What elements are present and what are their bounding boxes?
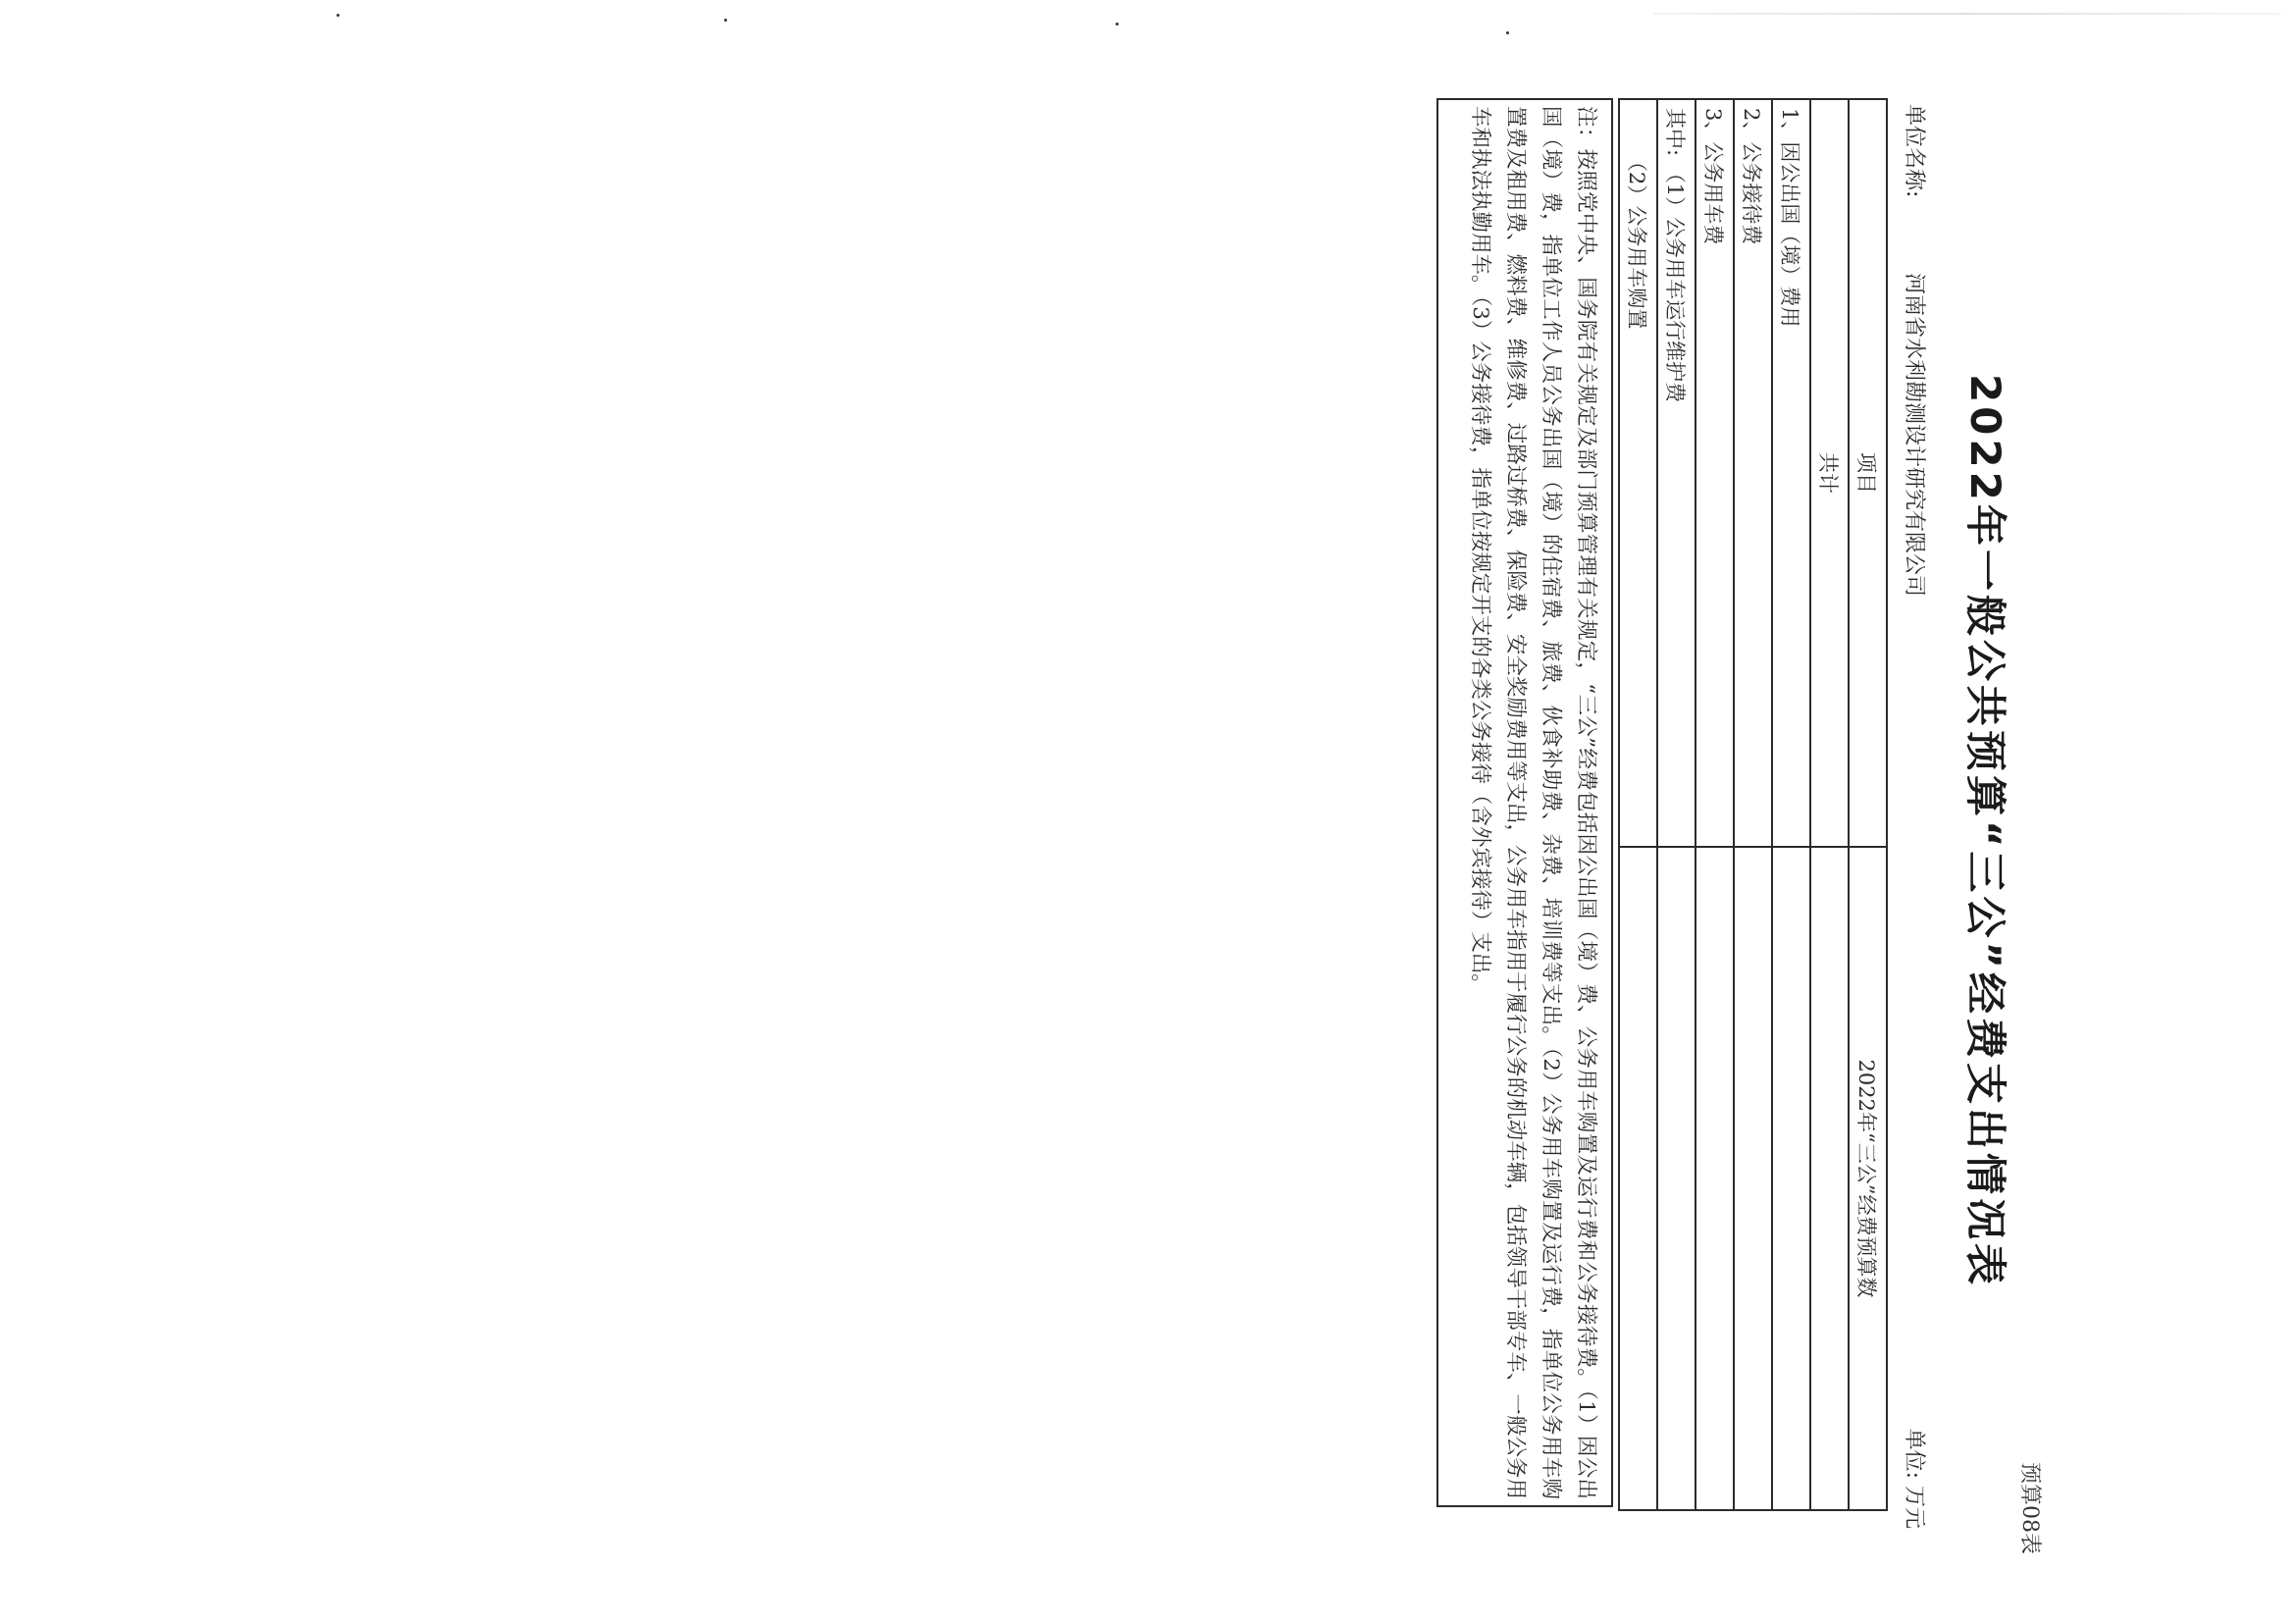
- row-item-label: 共计: [1810, 99, 1849, 847]
- scan-speck: [1116, 23, 1119, 26]
- scan-speck: [337, 14, 339, 17]
- table-row: 其中: （1）公务用车运行维护费: [1657, 99, 1696, 1510]
- scan-edge-shadow: [1653, 13, 2281, 15]
- row-item-label: 1、因公出国（境）费用: [1772, 99, 1810, 847]
- form-code: 预算08表: [2016, 1462, 2047, 1554]
- row-budget-value: [1619, 847, 1657, 1510]
- row-item-label: 其中: （1）公务用车运行维护费: [1657, 99, 1696, 847]
- table-row: 3、公务用车费: [1696, 99, 1734, 1510]
- scanned-document-page: 预算08表 2022年一般公共预算“三公”经费支出情况表 单位名称: 河南省水利…: [1425, 90, 2053, 1572]
- table-row: （2）公务用车购置: [1619, 99, 1657, 1510]
- row-budget-value: [1772, 847, 1810, 1510]
- org-name: 河南省水利勘测设计研究有限公司: [1901, 273, 1931, 597]
- page-title: 2022年一般公共预算“三公”经费支出情况表: [1958, 90, 2017, 1572]
- row-item-label: （2）公务用车购置: [1619, 99, 1657, 847]
- currency-unit: 单位: 万元: [1901, 1429, 1931, 1529]
- scan-speck: [1506, 31, 1509, 34]
- header-budget: 2022年“三公”经费预算数: [1849, 847, 1887, 1510]
- scan-speck: [724, 19, 727, 22]
- row-budget-value: [1734, 847, 1772, 1510]
- table-row: 1、因公出国（境）费用: [1772, 99, 1810, 1510]
- row-budget-value: [1657, 847, 1696, 1510]
- row-item-label: 3、公务用车费: [1696, 99, 1734, 847]
- table-row: 共计: [1810, 99, 1849, 1510]
- notes-box: 注：按照党中央、国务院有关规定及部门预算管理有关规定，“三公”经费包括因公出国（…: [1436, 98, 1613, 1507]
- row-budget-value: [1810, 847, 1849, 1510]
- org-label: 单位名称:: [1901, 104, 1931, 197]
- table-row: 2、公务接待费: [1734, 99, 1772, 1510]
- header-item: 项目: [1849, 99, 1887, 847]
- row-budget-value: [1696, 847, 1734, 1510]
- three-public-expenses-table: 项目 2022年“三公”经费预算数 共计1、因公出国（境）费用2、公务接待费3、…: [1618, 98, 1888, 1511]
- row-item-label: 2、公务接待费: [1734, 99, 1772, 847]
- table-header-row: 项目 2022年“三公”经费预算数: [1849, 99, 1887, 1510]
- unit-info-row: 单位名称: 河南省水利勘测设计研究有限公司 单位: 万元: [1900, 98, 1933, 1564]
